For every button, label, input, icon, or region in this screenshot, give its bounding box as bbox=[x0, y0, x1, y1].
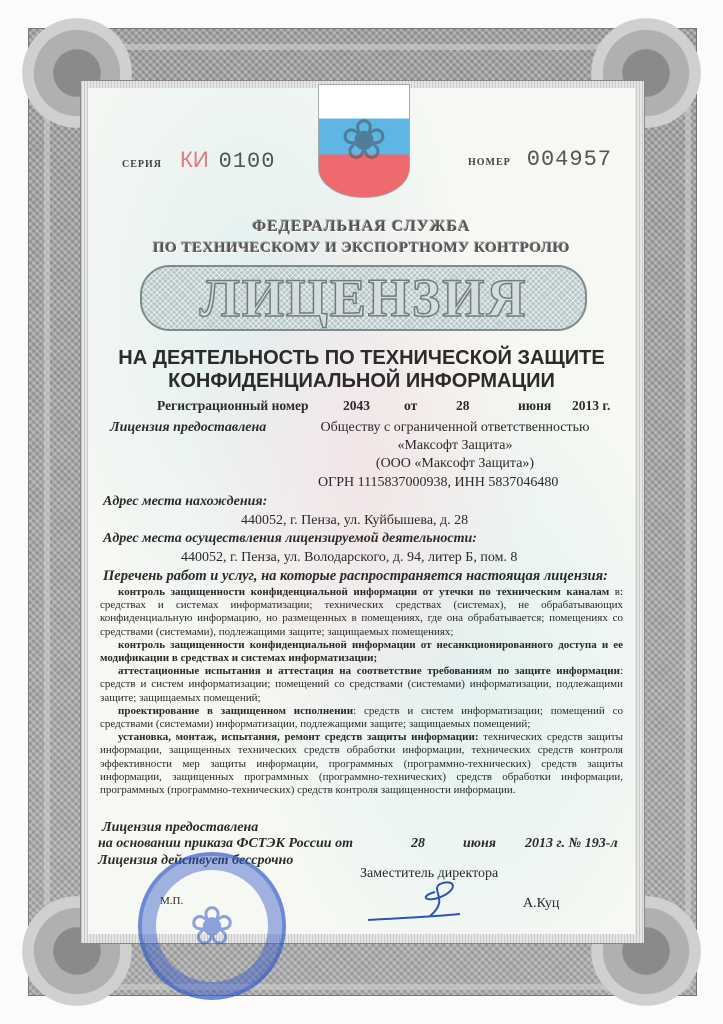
series-code: КИ bbox=[180, 147, 209, 172]
registration-year: 2013 г. bbox=[572, 398, 610, 414]
location-address-value: 440052, г. Пенза, ул. Куйбышева, д. 28 bbox=[241, 513, 468, 529]
coat-of-arms-icon: ❀ bbox=[341, 113, 388, 169]
number-label: номер bbox=[468, 154, 511, 169]
works-list: контроль защищенности конфиденциальной и… bbox=[100, 586, 623, 797]
work-item: контроль защищенности конфиденциальной и… bbox=[100, 586, 623, 639]
work-item-title: контроль защищенности конфиденциальной и… bbox=[118, 586, 609, 598]
license-banner: ЛИЦЕНЗИЯ bbox=[140, 265, 587, 331]
activity-address-value: 440052, г. Пенза, ул. Володарского, д. 9… bbox=[181, 550, 517, 566]
activity-address-label: Адрес места осуществления лицензируемой … bbox=[103, 531, 477, 547]
official-seal: ❀ bbox=[138, 852, 286, 1000]
coat-of-arms-shield: ❀ bbox=[318, 84, 410, 198]
work-item: проектирование в защищенном исполнении: … bbox=[100, 705, 623, 731]
series-block: серия КИ 0100 bbox=[122, 147, 275, 174]
work-item: контроль защищенности конфиденциальной и… bbox=[100, 639, 623, 665]
work-item: установка, монтаж, испытания, ремонт сре… bbox=[100, 731, 623, 797]
number-value: 004957 bbox=[527, 147, 612, 172]
work-item-title: аттестационные испытания и аттестация на… bbox=[118, 665, 620, 677]
registration-number: 2043 bbox=[343, 398, 370, 414]
document-paper bbox=[88, 88, 635, 934]
licensee-line1: Обществу с ограниченной ответственностью bbox=[310, 420, 600, 436]
signatory-name: А.Куц bbox=[523, 896, 559, 912]
licensee-line2: «Максофт Защита» bbox=[310, 438, 600, 454]
works-heading: Перечень работ и услуг, на которые распр… bbox=[103, 568, 608, 585]
seal-mark: М.П. bbox=[160, 895, 183, 907]
basis-order-number: 2013 г. № 193-л bbox=[525, 836, 618, 852]
licensee-registration-ids: ОГРН 1115837000938, ИНН 5837046480 bbox=[318, 475, 558, 491]
registration-label: Регистрационный номер bbox=[157, 398, 309, 414]
licensee-line3: (ООО «Максофт Защита») bbox=[310, 456, 600, 472]
signature-icon bbox=[360, 880, 470, 925]
licensee-label: Лицензия предоставлена bbox=[110, 420, 266, 436]
work-item: аттестационные испытания и аттестация на… bbox=[100, 665, 623, 705]
work-item-title: проектирование в защищенном исполнении bbox=[118, 705, 353, 717]
basis-line2: на основании приказа ФСТЭК России от bbox=[98, 836, 353, 852]
agency-name-line1: ФЕДЕРАЛЬНАЯ СЛУЖБА bbox=[100, 218, 623, 236]
basis-day: 28 bbox=[411, 836, 425, 852]
location-address-label: Адрес места нахождения: bbox=[103, 494, 267, 510]
basis-line1: Лицензия предоставлена bbox=[102, 820, 258, 836]
official-seal-icon: ❀ bbox=[189, 895, 234, 958]
registration-month: июня bbox=[518, 398, 551, 414]
registration-day: 28 bbox=[456, 398, 470, 414]
document-title-line2: КОНФИДЕНЦИАЛЬНОЙ ИНФОРМАЦИИ bbox=[100, 370, 623, 393]
basis-month: июня bbox=[463, 836, 496, 852]
number-block: номер 004957 bbox=[468, 147, 612, 172]
document-title-line1: НА ДЕЯТЕЛЬНОСТЬ ПО ТЕХНИЧЕСКОЙ ЗАЩИТЕ bbox=[100, 347, 623, 370]
work-item-title: установка, монтаж, испытания, ремонт сре… bbox=[118, 731, 478, 743]
series-number: 0100 bbox=[219, 149, 276, 174]
series-label: серия bbox=[122, 156, 162, 171]
agency-name-line2: ПО ТЕХНИЧЕСКОМУ И ЭКСПОРТНОМУ КОНТРОЛЮ bbox=[100, 240, 623, 257]
registration-from: от bbox=[404, 398, 417, 414]
document-type: ЛИЦЕНЗИЯ bbox=[200, 267, 528, 329]
work-item-title: контроль защищенности конфиденциальной и… bbox=[100, 639, 623, 664]
